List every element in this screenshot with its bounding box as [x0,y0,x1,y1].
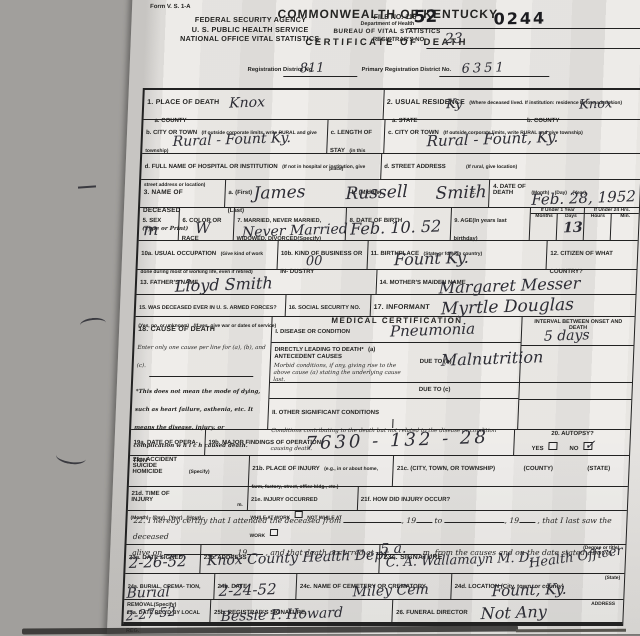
birthplace-value: Fount Ky. [393,250,468,269]
field-injury-occurred: 21e. INJURY OCCURRED WHILE AT WORK NOT W… [248,487,359,510]
age-under-24hr-label: If Under 24 Hrs. [585,208,639,213]
signature-value: C. A. Wallamayn M. D. [386,551,533,569]
field-mother-name: 14. MOTHER'S MAIDEN NAME Margaret Messer [376,270,636,294]
field-signer-address: 23b. ADDRESS Knox County Health Dept. [200,545,381,573]
cause-note1: Enter only one cause per line for (a), (… [137,345,266,369]
certify-y1: , 19 [401,516,416,525]
field-color-race: 6. COLOR OR RACE W [179,208,235,240]
date-of-death-value: Feb. 28, 1952 [532,189,637,208]
certify-p2: to [434,516,442,525]
autopsy-no-label: NO [569,446,578,452]
field-citizen: 12. CITIZEN OF WHAT COUNTRY? [547,241,638,269]
field-place-of-death-county: 1. PLACE OF DEATH a. COUNTY Knox [144,90,385,119]
registrar-no-label: REGISTRAR'S NO. [373,37,426,43]
scanner-edge-bar-2 [516,629,626,633]
due-to-c-label: DUE TO (c) [419,387,451,393]
field-burial-date: 24b. DATE 2-24-52 [214,574,297,599]
field-registrar-signature: 25b. REGISTRAR'S SIGNATURE Bessie P. How… [211,600,394,622]
field-cause-of-death-notes: 18. CAUSE OF DEATH Enter only one cause … [131,317,273,429]
field-signature: 23c. SIGNATURE (Degree or title) C. A. W… [380,545,626,573]
field-date-of-operation: 19a. DATE OF OPERA- TION [130,430,206,455]
field-injury-location: 21c. (CITY, TOWN, OR TOWNSHIP) (COUNTY) … [393,456,629,486]
injury-county-label: (COUNTY) [523,466,553,472]
primary-district-value: 6351 [462,61,507,76]
autopsy-no-checkbox: ✓ [583,442,592,450]
field-major-findings: 19b. MAJOR FINDINGS OF OPERATION 7630 - … [205,430,515,455]
burial-type-value: Burial [126,585,169,601]
funeral-director-label: 26. FUNERAL DIRECTOR [396,610,468,616]
signer-address-value: Knox County Health Dept. [207,548,394,568]
field-date-of-death: 4. DATE OF DEATH (Month) (Day) (Year) Fe… [489,180,640,207]
place-of-death-title: 1. PLACE OF DEATH [147,99,219,106]
field-occupation: 10a. USUAL OCCUPATION (Give kind of work… [138,241,279,269]
margin-pencil-dash [78,185,96,188]
cemetery-value: Miley Cem [353,583,429,600]
field-place-of-injury: 21b. PLACE OF INJURY (e.g., in or about … [249,456,395,486]
street-address-paren: (If rural, give location) [466,165,517,170]
autopsy-yes-label: YES [531,446,543,452]
dob-value: Feb. 10. 52 [350,218,441,237]
field-cemetery: 24c. NAME OF CEMETERY OR CREMATORY Miley… [296,574,452,599]
autopsy-label: 20. AUTOPSY? [518,431,627,437]
age-days-value: 13 [563,221,583,236]
primary-district-line [439,76,549,77]
registrar-signature-value: Bessie P. Howard [221,606,343,624]
date-received-value: 2-27-52 [125,605,176,623]
certificate-paper: Form V. S. 1-A FEDERAL SECURITY AGENCY U… [107,0,640,634]
age-months-label: Months [530,214,558,240]
field-length-of-stay: c. LENGTH OF STAY (in this place) [327,120,386,153]
residence-county-value: Knox [579,97,612,111]
funeral-director-address-label: ADDRESS [591,602,615,607]
armed-forces-label: 15. WAS DECEASED EVER IN U. S. ARMED FOR… [139,305,277,311]
field-time-of-injury: 21d. TIME OF INJURY (Month) (Day) (Year)… [128,487,249,510]
middle-name-value: Russell [345,184,407,203]
interval-value: 5 days [544,328,590,344]
age-label: 9. AGE(In years last birthday) [453,218,506,242]
autopsy-no-checkmark: ✓ [584,439,595,452]
county-value: Knox [229,95,265,110]
antecedent-label: ANTECEDENT CAUSES [274,354,342,360]
burial-location-state-label: (State) [605,576,620,581]
scanned-death-certificate: Form V. S. 1-A FEDERAL SECURITY AGENCY U… [0,0,640,636]
field-name-parts: a. (First) b. (Middle) c. (Last) James R… [225,180,491,207]
field-medical-certification: MEDICAL CERTIFICATION I. DISEASE OR COND… [268,317,522,429]
field-accident-suicide: 21a. ACCIDENT SUICIDE HOMICIDE (Specify) [129,456,250,486]
field-certify-statement: 22. I hereby certify that I attended the… [127,511,627,544]
occupation-label: 10a. USUAL OCCUPATION [141,251,216,257]
field-father-name: 13. FATHER'S NAME Lloyd Smith [137,270,377,294]
field-interval: INTERVAL BETWEEN ONSET AND DEATH 5 days [518,317,635,429]
field-death-city: b. CITY OR TOWN (If outside corporate li… [142,120,328,153]
field-ssn: 16. SOCIAL SECURITY NO. [285,295,371,316]
margin-pencil-curve-2 [55,448,87,466]
registrar-no-value: 23 [445,32,463,47]
death-city-value: Rural - Fount Ky. [173,131,291,149]
father-value: Lloyd Smith [175,275,273,294]
marital-value: Never Married [242,222,348,240]
certify-y2: , 19 [504,516,519,525]
field-autopsy: 20. AUTOPSY? YES NO ✓ [514,430,630,455]
injury-city-label: 21c. (CITY, TOWN, OR TOWNSHIP) [397,466,495,472]
field-street-address: d. STREET ADDRESS (If rural, give locati… [381,154,640,179]
field-funeral-director: 26. FUNERAL DIRECTOR ADDRESS Not Any [393,600,623,622]
field-informant: 17. INFORMANT Myrtle Douglas [370,295,635,316]
time-injury-label: 21d. TIME OF INJURY [131,491,169,503]
certificate-header: Form V. S. 1-A FEDERAL SECURITY AGENCY U… [143,4,640,88]
first-name-label: a. (First) [228,190,252,196]
certify-p1: 22. I hereby certify that I attended the… [133,516,341,525]
age-hours-label: Hours [584,214,612,240]
color-race-value: W [195,221,211,237]
field-burial-type: 24a. BURIAL, CREMA- TION, REMOVAL(Specif… [124,574,215,599]
accident-label: 21a. ACCIDENT SUICIDE HOMICIDE [132,457,185,475]
field-burial-location: 24d. LOCATION (City, town, or county) (S… [451,574,624,599]
field-armed-forces: 15. WAS DECEASED EVER IN U. S. ARMED FOR… [136,295,287,316]
date-of-death-label: 4. DATE OF DEATH [493,184,527,196]
field-how-injury: 21f. HOW DID INJURY OCCUR? [357,487,627,510]
field-residence-city: c. CITY OR TOWN (If outside corporate li… [384,120,640,153]
burial-location-value: Fount, Ky. [491,582,566,600]
findings-label: 19b. MAJOR FINDINGS OF OPERATION [208,440,321,446]
primary-district-label: Primary Registration District No. [361,67,451,73]
burial-date-value: 2-24-52 [218,582,276,599]
other-conditions-label: II. OTHER SIGNIFICANT CONDITIONS [272,410,379,416]
first-name-value: James [253,184,305,203]
file-no-label: FILE NO. 116 [374,14,417,21]
registration-district-line [283,76,357,77]
field-age: 9. AGE(In years last birthday) If Under … [451,208,639,240]
hospital-label: d. FULL NAME OF HOSPITAL OR INSTITUTION [145,164,278,170]
sex-value: m [143,222,158,239]
disease-label-1: I. DISEASE OR CONDITION [275,329,350,335]
field-date-of-birth: 8. DATE OF BIRTH Feb. 10. 52 [346,208,452,240]
cause-a-value: Pneumonia [390,322,475,340]
field-sex: 5. SEX m [139,208,180,240]
accident-paren: (Specify) [189,470,210,475]
file-no-stamp-b: 0244 [493,9,546,29]
field-marital-status: 7. MARRIED, NEVER MARRIED, WIDOWED, DIVO… [233,208,347,240]
funeral-director-value: Not Any [481,604,547,622]
field-name-of-deceased: 3. NAME OF DECEASED (Type or Print) [140,180,226,207]
street-address-label: d. STREET ADDRESS [384,164,446,170]
field-birthplace: 11. BIRTHPLACE (State or foreign country… [367,241,548,269]
mother-value: Margaret Messer [438,276,580,297]
file-no-line [407,28,640,29]
field-date-received: 25a. DATE REC'D BY LOCAL REG. 2-27-52 [123,600,211,622]
residence-city-value: Rural - Fount, Ky. [427,130,559,150]
cause-title: 18. CAUSE OF DEATH [138,326,215,333]
bureau-line: BUREAU OF VITAL STATISTICS [237,28,537,35]
how-injury-label: 21f. HOW DID INJURY OCCUR? [361,497,451,503]
field-industry: 10b. KIND OF BUSINESS OR IN- DUSTRY 00 [277,241,368,269]
injury-occurred-label: 21e. INJURY OCCURRED [251,497,318,503]
last-name-value: Smith [435,184,486,203]
age-days-label: Days [565,214,577,219]
industry-value: 00 [306,255,323,269]
field-hospital: d. FULL NAME OF HOSPITAL OR INSTITUTION … [141,154,382,179]
field-date-signed: 23a. DATE SIGNED 2-26-52 [125,545,201,573]
degree-title-value: Health Officer [529,545,624,571]
form-code: Form V. S. 1-A [150,4,191,10]
age-under-1yr-label: If Under 1 Year [531,208,585,213]
time-injury-m: m. [237,503,243,508]
age-min-label: Min. [611,214,639,240]
morbid-note: Morbid conditions, if any, giving rise t… [273,363,407,384]
registration-district-value: 811 [300,62,325,76]
age-days-cell: Days 13 [557,214,585,240]
margin-pencil-curve [79,317,106,332]
residence-state-value: Ky [446,98,462,112]
form-grid: 1. PLACE OF DEATH a. COUNTY Knox 2. USUA… [121,88,640,626]
file-no-stamp-a: 52 [413,7,437,27]
date-signed-value: 2-26-52 [129,554,187,571]
registrar-no-line [426,48,640,49]
field-usual-residence: 2. USUAL RESIDENCE (Where deceased lived… [383,90,640,119]
injury-state-label: (STATE) [587,466,610,472]
place-injury-label: 21b. PLACE OF INJURY [252,466,320,472]
autopsy-yes-checkbox [548,442,557,450]
findings-value: 7630 - 132 - 28 [305,429,488,453]
ssn-label: 16. SOCIAL SECURITY NO. [289,305,361,311]
